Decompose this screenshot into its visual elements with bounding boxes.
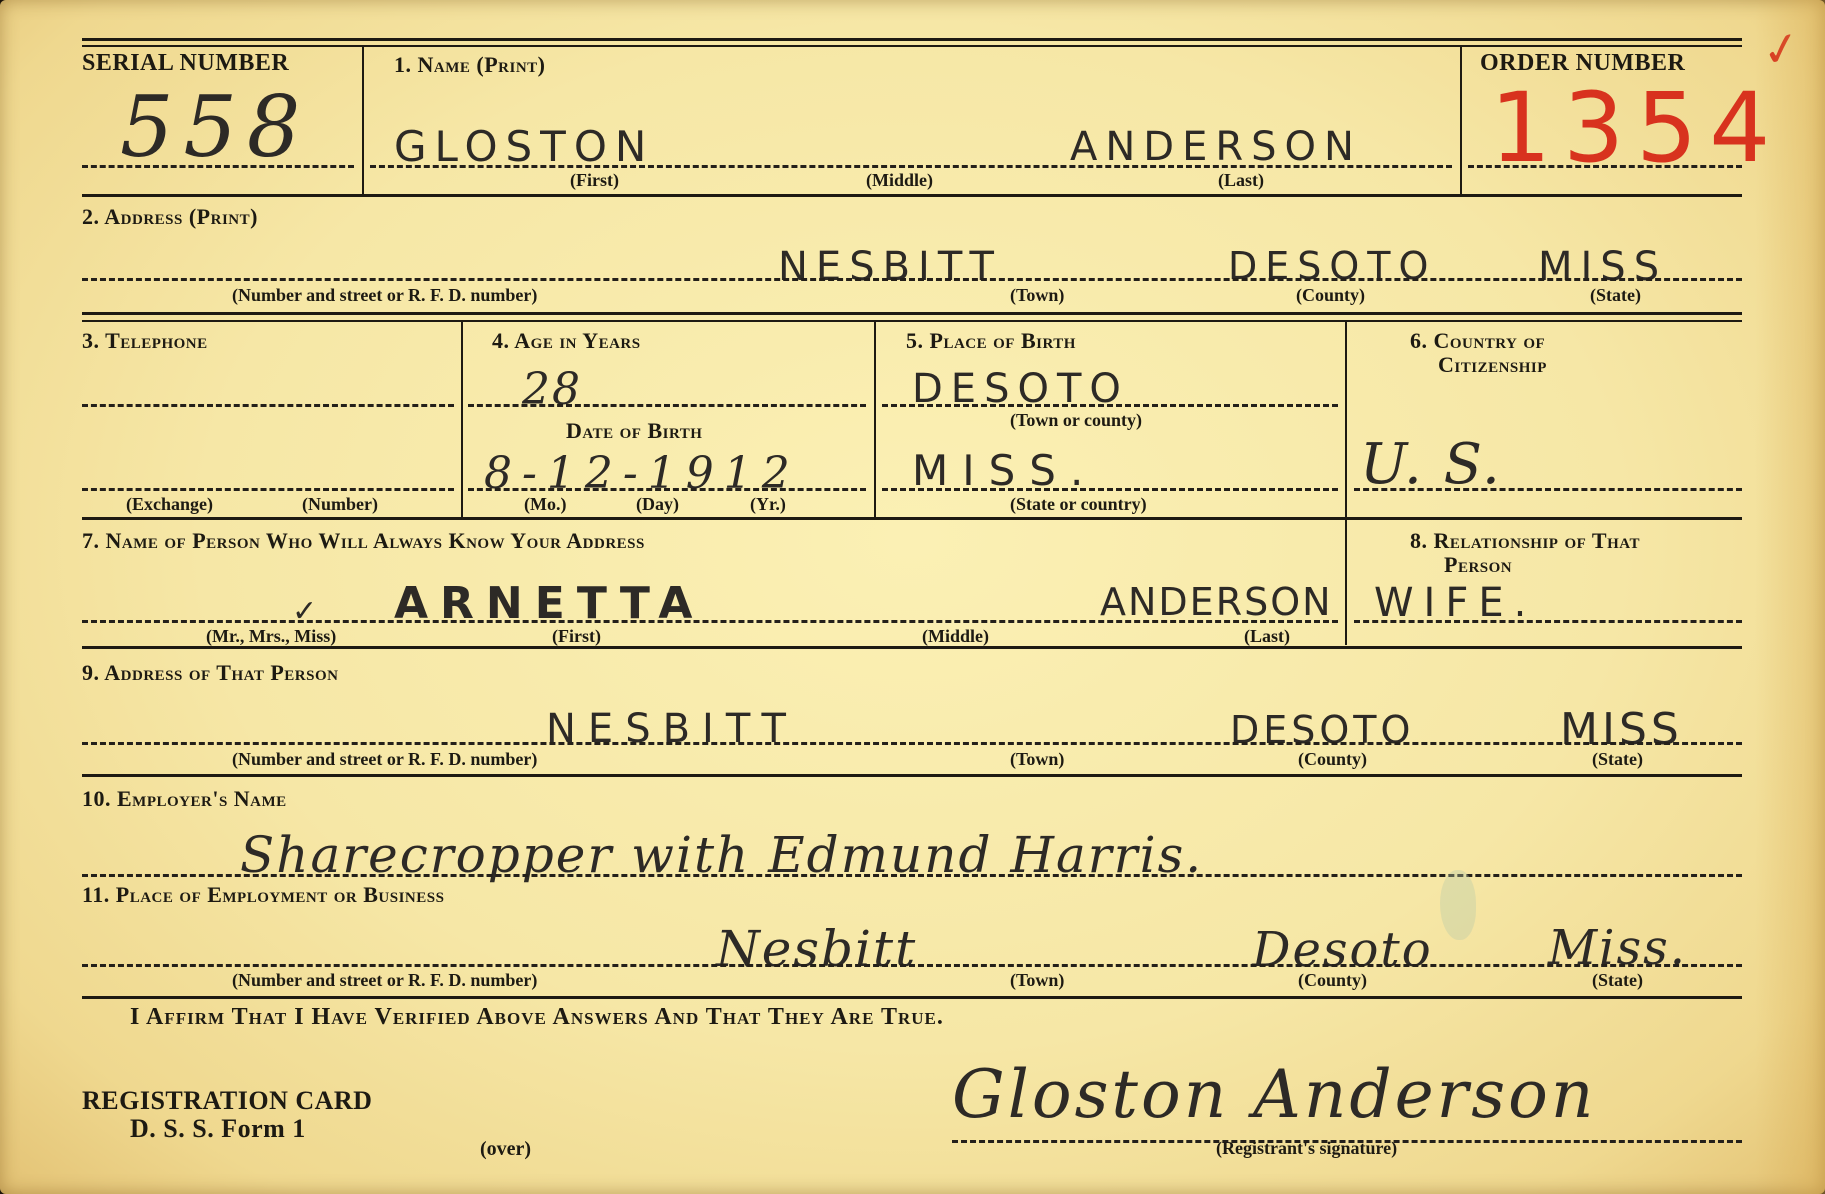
- employment-place-line: [82, 964, 1742, 967]
- relationship-label-line1: 8. Relationship of That: [1410, 528, 1640, 554]
- contact-address-town-label: (Town): [1010, 749, 1064, 770]
- telephone-label: 3. Telephone: [82, 328, 208, 354]
- name-last-label: (Last): [1218, 170, 1264, 191]
- contact-title-label: (Mr., Mrs., Miss): [206, 626, 336, 647]
- place-of-birth-state-line: [882, 488, 1338, 491]
- name-first-value: GLOSTON: [394, 122, 654, 171]
- place-of-birth-state-label: (State or country): [1010, 494, 1147, 515]
- row11-bottom-rule: [82, 996, 1742, 999]
- signature-label: (Registrant's signature): [1216, 1138, 1397, 1159]
- place-of-birth-town-line: [882, 404, 1338, 407]
- employment-state-label: (State): [1592, 970, 1643, 991]
- name-line: [370, 165, 1452, 168]
- address-town-label: (Town): [1010, 285, 1064, 306]
- serial-number-line: [82, 165, 354, 168]
- contact-address-line: [82, 742, 1742, 745]
- row3-bottom-rule: [82, 517, 1742, 520]
- address-state-label: (State): [1590, 285, 1641, 306]
- dob-month-label: (Mo.): [524, 494, 566, 515]
- address-street-label: (Number and street or R. F. D. number): [232, 285, 537, 306]
- employment-state-value: Miss.: [1548, 920, 1687, 976]
- name-last-value: ANDERSON: [1070, 124, 1362, 170]
- address-label: 2. Address (Print): [82, 204, 258, 230]
- row2-bottom-rule: [82, 312, 1742, 315]
- date-of-birth-line: [468, 488, 866, 491]
- serial-number-label: SERIAL NUMBER: [82, 50, 289, 77]
- divider-name-order: [1460, 45, 1462, 195]
- contact-first-label: (First): [552, 626, 601, 647]
- citizenship-label-line2: Citizenship: [1438, 352, 1547, 378]
- affirmation-text: I Affirm That I Have Verified Above Answ…: [130, 1004, 944, 1031]
- form-id: D. S. S. Form 1: [130, 1114, 306, 1144]
- contact-address-county-label: (County): [1298, 749, 1367, 770]
- contact-person-label: 7. Name of Person Who Will Always Know Y…: [82, 528, 645, 554]
- employment-street-label: (Number and street or R. F. D. number): [232, 970, 537, 991]
- name-middle-label: (Middle): [866, 170, 933, 191]
- name-label: 1. Name (Print): [394, 52, 545, 78]
- citizenship-label-line1: 6. Country of: [1410, 328, 1545, 354]
- citizenship-line: [1354, 488, 1742, 491]
- row9-bottom-rule: [82, 774, 1742, 777]
- divider-telephone-age: [461, 320, 463, 518]
- contact-address-county-value: DESOTO: [1230, 708, 1414, 752]
- age-line: [468, 404, 866, 407]
- employment-town-value: Nesbitt: [716, 920, 917, 978]
- contact-person-line: [82, 620, 1338, 623]
- address-county-value: DESOTO: [1228, 244, 1436, 288]
- registration-card: SERIAL NUMBER 558 1. Name (Print) GLOSTO…: [0, 0, 1825, 1194]
- serial-number-value: 558: [120, 78, 310, 176]
- top-rule-inner: [82, 45, 1742, 47]
- date-of-birth-value: 8-12-1912: [484, 448, 800, 499]
- telephone-line-1: [82, 404, 454, 407]
- employer-label: 10. Employer's Name: [82, 786, 287, 812]
- dob-year-label: (Yr.): [750, 494, 786, 515]
- dob-day-label: (Day): [636, 494, 679, 515]
- address-line: [82, 278, 1742, 281]
- date-of-birth-label: Date of Birth: [566, 418, 702, 444]
- employment-county-label: (County): [1298, 970, 1367, 991]
- relationship-label-line2: Person: [1444, 552, 1512, 578]
- over-label: (over): [480, 1138, 531, 1161]
- age-label: 4. Age in Years: [492, 328, 641, 354]
- place-of-birth-town-label: (Town or county): [1010, 410, 1142, 431]
- contact-address-state-label: (State): [1592, 749, 1643, 770]
- telephone-line-2: [82, 488, 454, 491]
- contact-title-mark: ✓: [292, 594, 317, 629]
- order-number-line: [1468, 165, 1742, 168]
- check-mark-icon: ✓: [1758, 19, 1805, 79]
- address-state-value: MISS: [1538, 244, 1667, 290]
- registration-card-title: Registration Card: [82, 1086, 372, 1116]
- top-rule: [82, 38, 1742, 41]
- age-value: 28: [522, 364, 582, 415]
- divider-serial-name: [362, 45, 364, 195]
- place-of-birth-label: 5. Place of Birth: [906, 328, 1076, 354]
- contact-last-label: (Last): [1244, 626, 1290, 647]
- employment-town-label: (Town): [1010, 970, 1064, 991]
- water-stain: [1440, 870, 1476, 940]
- employer-line: [82, 874, 1742, 877]
- contact-middle-label: (Middle): [922, 626, 989, 647]
- row2-bottom-rule-inner: [82, 320, 1742, 322]
- signature-value: Gloston Anderson: [952, 1056, 1596, 1133]
- divider-birthplace-citizenship: [1345, 320, 1347, 645]
- employment-place-label: 11. Place of Employment or Business: [82, 882, 444, 908]
- address-county-label: (County): [1296, 285, 1365, 306]
- telephone-number-label: (Number): [302, 494, 378, 515]
- relationship-line: [1354, 620, 1742, 623]
- contact-address-town-value: NESBITT: [546, 706, 798, 752]
- telephone-exchange-label: (Exchange): [126, 494, 213, 515]
- name-first-label: (First): [570, 170, 619, 191]
- contact-address-street-label: (Number and street or R. F. D. number): [232, 749, 537, 770]
- address-town-value: NESBITT: [778, 244, 1002, 290]
- row1-bottom-rule: [82, 194, 1742, 197]
- row7-bottom-rule: [82, 646, 1742, 649]
- contact-last-value: ANDERSON: [1100, 580, 1333, 624]
- contact-address-label: 9. Address of That Person: [82, 660, 338, 686]
- contact-address-state-value: MISS: [1560, 704, 1683, 755]
- divider-age-birthplace: [874, 320, 876, 518]
